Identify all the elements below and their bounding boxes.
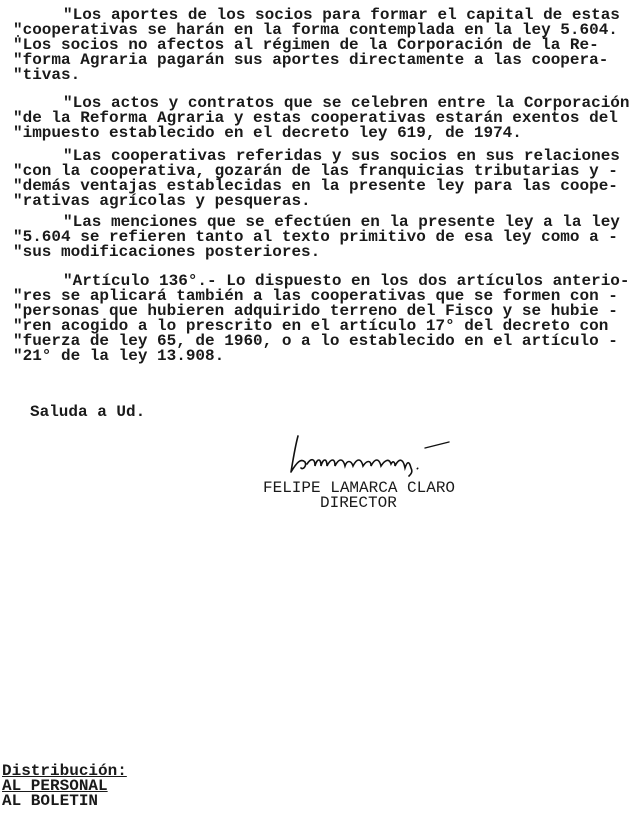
paragraph-2-line-3: "impuesto establecido en el decreto ley … — [13, 125, 522, 141]
paragraph-5-line-6: "21° de la ley 13.908. — [13, 348, 224, 364]
paragraph-4-line-3: "sus modificaciones posteriores. — [13, 244, 320, 260]
closing-text: Saluda a Ud. — [30, 404, 145, 420]
paragraph-1-line-4: "forma Agraria pagarán sus aportes direc… — [13, 52, 608, 68]
distribution-recipient-2: AL BOLETIN — [2, 792, 98, 810]
handwritten-signature — [285, 432, 465, 477]
paragraph-3-line-4: "rativas agrícolas y pesqueras. — [13, 193, 311, 209]
signatory-title: DIRECTOR — [320, 494, 397, 512]
paragraph-1-line-5: "tivas. — [13, 67, 80, 83]
